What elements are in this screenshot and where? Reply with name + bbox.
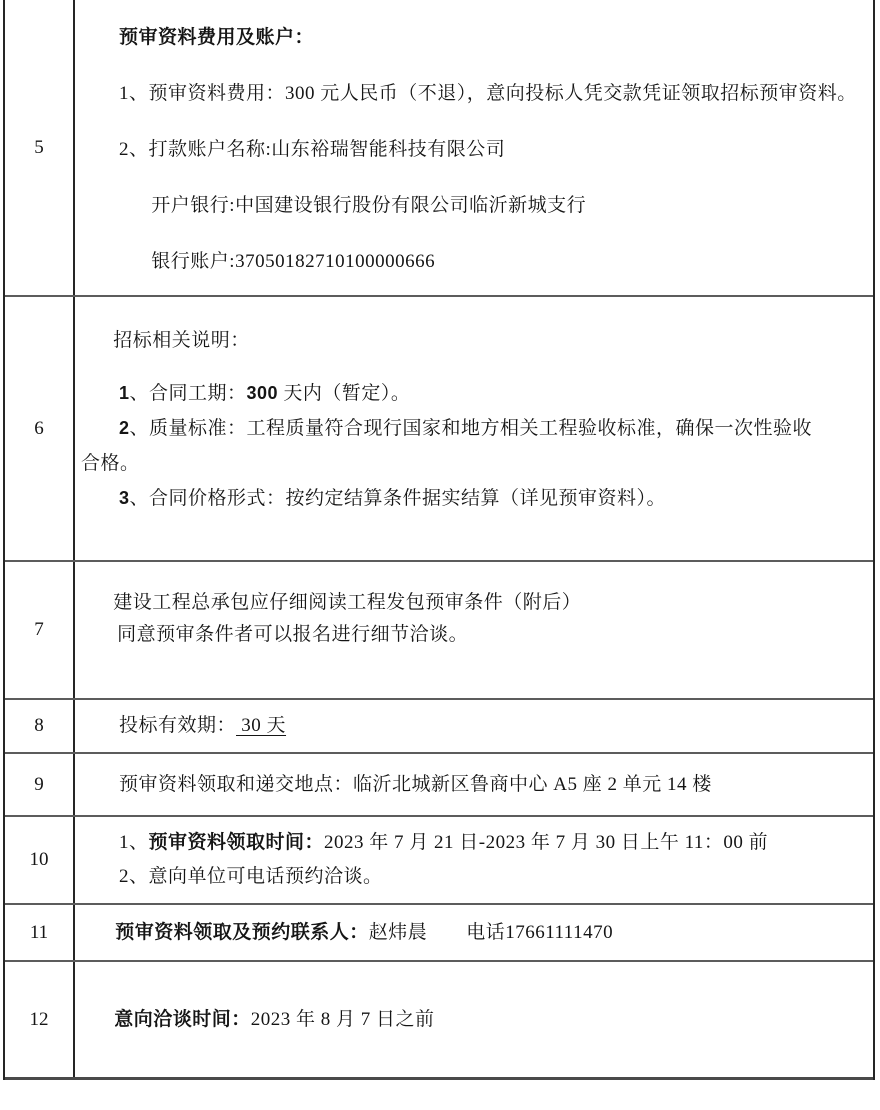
text-line: 1、预审资料领取时间：2023 年 7 月 21 日-2023 年 7 月 30…: [81, 826, 865, 860]
table-row: 11预审资料领取及预约联系人：赵炜晨 电话17661111470: [5, 903, 873, 960]
text-segment: 2: [119, 418, 130, 438]
text-segment: 3: [119, 488, 130, 508]
row-number: 11: [5, 905, 75, 960]
row6-heading: 招标相关说明：: [113, 330, 250, 351]
row7-line1: 建设工程总承包应仔细阅读工程发包预审条件（附后）: [113, 592, 581, 613]
row-number: 6: [5, 297, 75, 560]
text-line: 2、打款账户名称:山东裕瑞智能科技有限公司: [81, 122, 865, 178]
row12-label: 意向洽谈时间：: [114, 1009, 251, 1030]
text-line: 投标有效期： 30 天: [81, 713, 865, 739]
row-content: 招标相关说明：1、合同工期：300 天内（暂定）。2、质量标准：工程质量符合现行…: [75, 297, 873, 560]
row5-item1: 1、预审资料费用：300 元人民币（不退），意向投标人凭交款凭证领取招标预审资料…: [119, 83, 857, 104]
row-content: 预审资料领取及预约联系人：赵炜晨 电话17661111470: [75, 905, 873, 960]
table-row: 8投标有效期： 30 天: [5, 698, 873, 752]
text-segment: 、合同价格形式：按约定结算条件据实结算（详见预审资料）。: [130, 488, 667, 509]
text-segment: 300: [247, 383, 279, 403]
row5-item2: 2、打款账户名称:山东裕瑞智能科技有限公司: [119, 139, 505, 160]
row-number: 12: [5, 962, 75, 1077]
row-content: 1、预审资料领取时间：2023 年 7 月 21 日-2023 年 7 月 30…: [75, 817, 873, 903]
table-row: 101、预审资料领取时间：2023 年 7 月 21 日-2023 年 7 月 …: [5, 815, 873, 903]
row5-bank-account: 银行账户:37050182710100000666: [151, 251, 435, 272]
text-segment: 1、: [119, 832, 149, 853]
row10-item2: 2、意向单位可电话预约洽谈。: [119, 866, 383, 887]
text-line: 预审资料领取及预约联系人：赵炜晨 电话17661111470: [81, 920, 865, 946]
row11-contact-name: 赵炜晨: [369, 922, 428, 943]
row-content: 预审资料费用及账户：1、预审资料费用：300 元人民币（不退），意向投标人凭交款…: [75, 0, 873, 295]
text-line: 开户银行:中国建设银行股份有限公司临沂新城支行: [81, 178, 865, 234]
text-segment: 、质量标准：工程质量符合现行国家和地方相关工程验收标准，确保一次性验收: [130, 418, 813, 439]
table-row: 7建设工程总承包应仔细阅读工程发包预审条件（附后）同意预审条件者可以报名进行细节…: [5, 560, 873, 698]
text-segment: 天内（暂定）。: [278, 383, 410, 404]
row-number: 10: [5, 817, 75, 903]
table-row: 9预审资料领取和递交地点：临沂北城新区鲁商中心 A5 座 2 单元 14 楼: [5, 752, 873, 815]
row8-label: 投标有效期：: [119, 715, 236, 736]
text-line: 预审资料费用及账户：: [81, 10, 865, 66]
text-segment: 合格。: [81, 453, 140, 474]
text-line: 合格。: [81, 446, 865, 481]
text-line: 意向洽谈时间：2023 年 8 月 7 日之前: [81, 1007, 865, 1033]
text-line: 2、质量标准：工程质量符合现行国家和地方相关工程验收标准，确保一次性验收: [81, 411, 865, 446]
row10-label: 预审资料领取时间：: [149, 832, 325, 853]
text-segment: 、合同工期：: [130, 383, 247, 404]
table-row: 12意向洽谈时间：2023 年 8 月 7 日之前: [5, 960, 873, 1080]
text-segment: 1: [119, 383, 130, 403]
text-line: 建设工程总承包应仔细阅读工程发包预审条件（附后）: [81, 587, 865, 619]
row7-line2: 同意预审条件者可以报名进行细节洽谈。: [117, 624, 468, 645]
text-line: 2、意向单位可电话预约洽谈。: [81, 860, 865, 894]
row9-text: 预审资料领取和递交地点：临沂北城新区鲁商中心 A5 座 2 单元 14 楼: [119, 774, 712, 795]
text-line: 1、预审资料费用：300 元人民币（不退），意向投标人凭交款凭证领取招标预审资料…: [81, 66, 865, 122]
text-line: 同意预审条件者可以报名进行细节洽谈。: [81, 619, 865, 651]
text-line: 1、合同工期：300 天内（暂定）。: [81, 376, 865, 411]
text-line: 3、合同价格形式：按约定结算条件据实结算（详见预审资料）。: [81, 481, 865, 516]
row11-label: 预审资料领取及预约联系人：: [115, 922, 369, 943]
row-content: 投标有效期： 30 天: [75, 700, 873, 752]
prequalification-table: 5预审资料费用及账户：1、预审资料费用：300 元人民币（不退），意向投标人凭交…: [3, 0, 875, 1080]
text-line: 银行账户:37050182710100000666: [81, 234, 865, 290]
row-content: 意向洽谈时间：2023 年 8 月 7 日之前: [75, 962, 873, 1077]
row5-heading: 预审资料费用及账户：: [119, 27, 314, 48]
row11-phone: 电话17661111470: [427, 922, 613, 943]
table-row: 6招标相关说明：1、合同工期：300 天内（暂定）。2、质量标准：工程质量符合现…: [5, 295, 873, 560]
text-line: 预审资料领取和递交地点：临沂北城新区鲁商中心 A5 座 2 单元 14 楼: [81, 772, 865, 798]
row5-bank-name: 开户银行:中国建设银行股份有限公司临沂新城支行: [151, 195, 586, 216]
row8-value: 30 天: [236, 715, 286, 736]
row-number: 5: [5, 0, 75, 295]
row-number: 8: [5, 700, 75, 752]
row12-value: 2023 年 8 月 7 日之前: [251, 1009, 435, 1030]
document-page: 5预审资料费用及账户：1、预审资料费用：300 元人民币（不退），意向投标人凭交…: [0, 0, 880, 1110]
table-row: 5预审资料费用及账户：1、预审资料费用：300 元人民币（不退），意向投标人凭交…: [5, 0, 873, 295]
row-number: 7: [5, 562, 75, 698]
row-number: 9: [5, 754, 75, 815]
text-line: 招标相关说明：: [81, 323, 865, 358]
row-content: 预审资料领取和递交地点：临沂北城新区鲁商中心 A5 座 2 单元 14 楼: [75, 754, 873, 815]
row10-value: 2023 年 7 月 21 日-2023 年 7 月 30 日上午 11：00 …: [324, 832, 768, 853]
row-content: 建设工程总承包应仔细阅读工程发包预审条件（附后）同意预审条件者可以报名进行细节洽…: [75, 562, 873, 698]
